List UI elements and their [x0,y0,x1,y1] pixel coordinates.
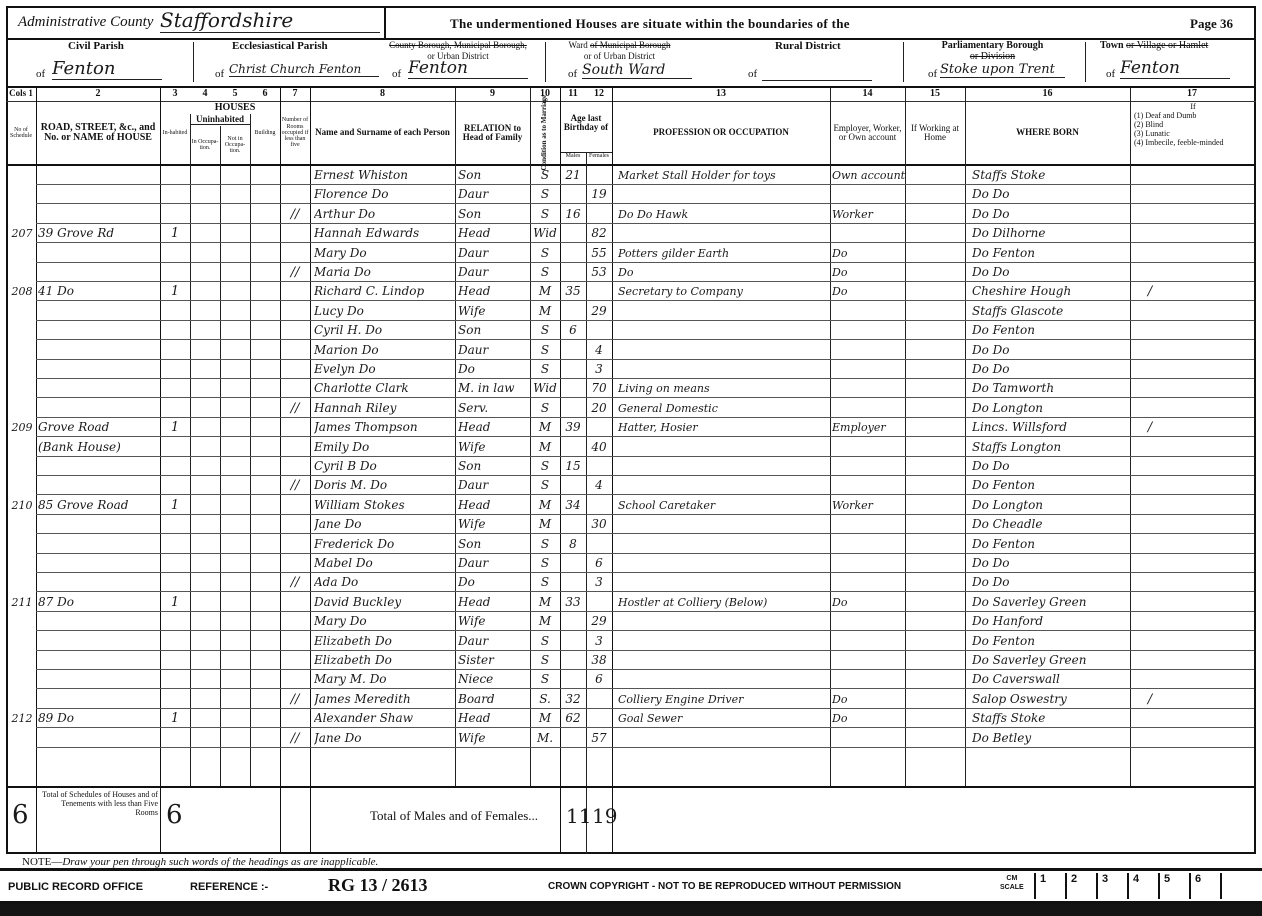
cell-female-age [586,535,612,554]
cell-condition: S [530,166,560,185]
cell-occupation [618,457,830,476]
cell-condition: M [530,282,560,301]
cell-female-age [586,496,612,515]
cell-inhabited [160,612,190,631]
cell-occupation [618,651,830,670]
footer-reference-label: REFERENCE :- [190,881,268,893]
cell-condition: S [530,476,560,495]
cell-male-age [560,341,586,360]
cell-inhabited [160,185,190,204]
cell-employment: Do [832,690,905,709]
cell-female-age: 29 [586,302,612,321]
col-heading-males: Males [560,152,586,159]
cell-inhabited: 1 [160,282,190,301]
cell-condition: M [530,496,560,515]
cell-occupation [618,185,830,204]
cell-address [38,360,158,379]
cell-birthplace: Do Do [972,185,1130,204]
cell-rooms [280,321,310,340]
cell-infirmity [1130,515,1170,534]
cell-birthplace: Do Fenton [972,321,1130,340]
cell-schedule [8,205,36,224]
col-line [830,88,831,786]
cell-rooms [280,632,310,651]
ward-label: Ward of Municipal Borough or of Urban Di… [552,40,687,62]
cell-address [38,535,158,554]
col-line [965,88,966,786]
ecclesiastical-parish-value: Christ Church Fenton [229,62,379,77]
cell-address [38,729,158,748]
cell-male-age [560,573,586,592]
cell-inhabited: 1 [160,418,190,437]
cell-name: Evelyn Do [314,360,454,379]
cell-infirmity [1130,379,1170,398]
cell-name: Florence Do [314,185,454,204]
scale-cm-5: 5 [1158,873,1182,899]
cell-occupation [618,476,830,495]
cell-female-age: 20 [586,399,612,418]
col-heading-females: Females [586,152,612,159]
cell-employment: Own account [832,166,905,185]
cell-infirmity [1130,651,1170,670]
cell-employment [832,651,905,670]
col-heading-infirmity: If (1) Deaf and Dumb (2) Blind (3) Lunat… [1134,102,1252,147]
col-heading-employment: Employer, Worker, or Own account [830,104,905,162]
cell-name: Emily Do [314,438,454,457]
cell-address [38,263,158,282]
cell-schedule [8,379,36,398]
cell-occupation [618,554,830,573]
cell-schedule: 208 [8,282,36,301]
cell-infirmity [1130,457,1170,476]
cell-employment [832,632,905,651]
cell-address [38,205,158,224]
cell-condition: M [530,418,560,437]
cell-employment [832,573,905,592]
cell-infirmity [1130,205,1170,224]
ecclesiastical-parish-label: Ecclesiastical Parish [232,40,328,52]
total-males-females-label: Total of Males and of Females... [370,808,538,824]
col-number: 3 [160,88,190,102]
cell-birthplace: Do Fenton [972,535,1130,554]
cell-birthplace: Do Betley [972,729,1130,748]
cell-relation: Niece [458,670,530,689]
cell-name: Elizabeth Do [314,651,454,670]
col-heading-building: Building [250,104,280,162]
cell-relation: Board [458,690,530,709]
cell-inhabited [160,535,190,554]
cell-inhabited [160,651,190,670]
cell-infirmity [1130,593,1170,612]
cell-name: Alexander Shaw [314,709,454,728]
cell-address [38,166,158,185]
cell-name: William Stokes [314,496,454,515]
cell-infirmity [1130,244,1170,263]
cell-female-age: 19 [586,185,612,204]
cell-condition: Wid [530,224,560,243]
urban-district-value: Fenton [408,58,528,79]
town-prefix: of [1106,68,1115,80]
cell-rooms: // [280,476,310,495]
cell-schedule [8,166,36,185]
cell-employment [832,554,905,573]
cell-name: Charlotte Clark [314,379,454,398]
cell-employment: Worker [832,496,905,515]
cell-male-age [560,729,586,748]
cell-rooms [280,379,310,398]
cell-occupation [618,612,830,631]
cell-infirmity [1130,263,1170,282]
cell-male-age: 21 [560,166,586,185]
cell-rooms: // [280,573,310,592]
cell-relation: Wife [458,515,530,534]
cell-schedule [8,690,36,709]
scan-edge [0,904,1262,916]
cell-occupation [618,360,830,379]
col-heading-where-born: WHERE BORN [965,104,1130,162]
cell-condition: S [530,632,560,651]
cell-infirmity [1130,224,1170,243]
cell-occupation: Colliery Engine Driver [618,690,830,709]
cell-occupation: Secretary to Company [618,282,830,301]
cell-male-age: 35 [560,282,586,301]
col-number: 15 [905,88,965,102]
cell-condition: S [530,535,560,554]
cell-inhabited [160,399,190,418]
cell-female-age: 6 [586,554,612,573]
cell-infirmity [1130,554,1170,573]
cell-infirmity [1130,476,1170,495]
col-number: 11 [560,88,586,102]
cell-male-age [560,476,586,495]
col-heading-condition: Condition as to Marriage [530,104,560,162]
cell-female-age: 82 [586,224,612,243]
cell-name: James Thompson [314,418,454,437]
cell-employment: Employer [832,418,905,437]
cell-infirmity: / [1130,690,1170,709]
cell-male-age [560,379,586,398]
divider [6,786,1256,788]
cell-schedule [8,302,36,321]
cell-inhabited [160,476,190,495]
cell-condition: M [530,438,560,457]
cell-male-age [560,360,586,379]
col-heading-working-home: If Working at Home [905,104,965,162]
cell-relation: Head [458,496,530,515]
cell-female-age: 3 [586,360,612,379]
ecclesiastical-parish-prefix: of [215,68,224,80]
total-males: 11 [566,804,591,828]
cell-address: Grove Road [38,418,158,437]
cell-schedule [8,185,36,204]
cell-rooms [280,496,310,515]
cell-male-age: 8 [560,535,586,554]
cell-female-age [586,690,612,709]
cell-address [38,244,158,263]
cell-address [38,651,158,670]
cell-address [38,573,158,592]
cell-birthplace: Do Longton [972,496,1130,515]
cell-condition: S [530,399,560,418]
cell-rooms: // [280,263,310,282]
cell-birthplace: Do Tamworth [972,379,1130,398]
cell-male-age [560,670,586,689]
cell-condition: S [530,205,560,224]
cell-infirmity [1130,535,1170,554]
cell-address [38,476,158,495]
cell-occupation [618,224,830,243]
cell-condition: S [530,573,560,592]
cell-schedule [8,399,36,418]
cell-condition: S [530,244,560,263]
cell-schedule [8,263,36,282]
cell-birthplace: Staffs Stoke [972,166,1130,185]
footer-copyright: CROWN COPYRIGHT - NOT TO BE REPRODUCED W… [548,881,901,892]
cell-name: Cyril B Do [314,457,454,476]
cell-relation: Daur [458,263,530,282]
cell-employment [832,379,905,398]
cell-birthplace: Do Cheadle [972,515,1130,534]
cell-male-age [560,632,586,651]
col-number: 5 [220,88,250,102]
ward-prefix: of [568,68,577,80]
cell-inhabited [160,360,190,379]
scale-cm-3: 3 [1096,873,1120,899]
cell-rooms [280,554,310,573]
cell-name: Mary M. Do [314,670,454,689]
cell-infirmity [1130,399,1170,418]
cell-condition: M [530,515,560,534]
col-heading-inhabited: In-habited [160,104,190,162]
col-heading-relation: RELATION to Head of Family [455,104,530,162]
cell-name: Maria Do [314,263,454,282]
cell-occupation: Do [618,263,830,282]
cell-occupation: Living on means [618,379,830,398]
cell-infirmity [1130,729,1170,748]
cell-occupation [618,632,830,651]
cell-address: (Bank House) [38,438,158,457]
cell-infirmity [1130,166,1170,185]
cell-employment: Do [832,263,905,282]
cell-schedule [8,360,36,379]
scale-cm-1: 1 [1034,873,1058,899]
cell-name: Frederick Do [314,535,454,554]
cell-address [38,302,158,321]
cell-infirmity [1130,496,1170,515]
cell-condition: M [530,302,560,321]
cell-employment [832,457,905,476]
cell-male-age [560,224,586,243]
cell-birthplace: Staffs Longton [972,438,1130,457]
cell-schedule [8,573,36,592]
cell-male-age [560,651,586,670]
scale-cm-2: 2 [1065,873,1089,899]
cell-name: David Buckley [314,593,454,612]
cell-inhabited [160,457,190,476]
scale-cm-end [1220,873,1256,899]
cell-employment [832,515,905,534]
cell-relation: Daur [458,476,530,495]
cell-inhabited [160,438,190,457]
cell-employment [832,535,905,554]
cell-infirmity: / [1130,282,1170,301]
cell-birthplace: Lincs. Willsford [972,418,1130,437]
cell-employment [832,341,905,360]
cell-address [38,185,158,204]
divider [903,42,904,82]
cell-schedule [8,321,36,340]
cell-employment: Do [832,282,905,301]
cell-rooms [280,244,310,263]
col-line [455,88,456,786]
cell-address [38,341,158,360]
cell-occupation [618,729,830,748]
urban-district-prefix: of [392,68,401,80]
heading-note: NOTE—Draw your pen through such words of… [22,856,378,868]
cell-inhabited [160,166,190,185]
cell-address: 85 Grove Road [38,496,158,515]
cell-schedule [8,670,36,689]
total-inhabited: 6 [166,800,183,830]
cell-occupation [618,321,830,340]
cell-employment [832,321,905,340]
cell-employment: Do [832,593,905,612]
cell-name: James Meredith [314,690,454,709]
cell-rooms [280,593,310,612]
rural-district-value [762,80,872,81]
cell-female-age: 3 [586,573,612,592]
cell-birthplace: Do Fenton [972,632,1130,651]
header-statement: The undermentioned Houses are situate wi… [450,16,850,32]
cell-rooms [280,709,310,728]
cell-condition: S [530,321,560,340]
cell-name: Jane Do [314,515,454,534]
cell-birthplace: Do Dilhorne [972,224,1130,243]
cell-male-age: 39 [560,418,586,437]
cell-name: Elizabeth Do [314,632,454,651]
cell-birthplace: Do Saverley Green [972,651,1130,670]
cell-infirmity [1130,185,1170,204]
cell-rooms [280,360,310,379]
cell-schedule [8,476,36,495]
cell-birthplace: Cheshire Hough [972,282,1130,301]
cell-address [38,554,158,573]
cell-address: 87 Do [38,593,158,612]
cell-relation: Son [458,166,530,185]
cell-female-age: 4 [586,476,612,495]
cell-name: Ada Do [314,573,454,592]
col-heading-uninhabited: Uninhabited [190,114,250,125]
cell-name: Mary Do [314,612,454,631]
cell-inhabited [160,321,190,340]
cell-infirmity [1130,341,1170,360]
cell-rooms [280,457,310,476]
cell-rooms [280,166,310,185]
cell-birthplace: Staffs Glascote [972,302,1130,321]
col-line [250,114,251,786]
col-heading-occupation: PROFESSION OR OCCUPATION [612,104,830,162]
cell-condition: S [530,670,560,689]
cell-female-age: 53 [586,263,612,282]
cell-condition: M [530,612,560,631]
cell-name: Cyril H. Do [314,321,454,340]
total-schedules: 6 [12,800,29,830]
cell-male-age: 32 [560,690,586,709]
col-number: Cols 1 [6,88,36,102]
cell-condition: S [530,341,560,360]
cell-condition: S [530,554,560,573]
cell-male-age [560,399,586,418]
cell-rooms [280,185,310,204]
divider [384,6,386,38]
cell-rooms [280,612,310,631]
cell-address [38,612,158,631]
cell-schedule [8,729,36,748]
cell-occupation: Potters gilder Earth [618,244,830,263]
col-heading-age: Age last Birthday of [560,104,612,146]
cell-relation: Wife [458,438,530,457]
cell-occupation: Market Stall Holder for toys [618,166,830,185]
cell-rooms [280,535,310,554]
cell-employment: Do [832,244,905,263]
cell-rooms [280,438,310,457]
cell-relation: Wife [458,729,530,748]
cell-schedule [8,632,36,651]
cell-female-age [586,709,612,728]
cell-relation: Wife [458,612,530,631]
cell-relation: Wife [458,302,530,321]
cell-address: 39 Grove Rd [38,224,158,243]
cell-name: Hannah Edwards [314,224,454,243]
cell-female-age: 6 [586,670,612,689]
cell-name: Lucy Do [314,302,454,321]
cell-rooms [280,515,310,534]
col-heading-rooms: Number of Rooms occupied if less than fi… [280,104,310,162]
cell-schedule: 211 [8,593,36,612]
cell-occupation [618,573,830,592]
cell-infirmity [1130,612,1170,631]
cell-schedule [8,515,36,534]
cell-relation: Daur [458,632,530,651]
cell-schedule [8,651,36,670]
cell-female-age [586,457,612,476]
cell-female-age: 57 [586,729,612,748]
cell-address [38,690,158,709]
col-number: 17 [1130,88,1254,102]
cell-male-age: 62 [560,709,586,728]
admin-county-label: Administrative County [18,14,153,40]
civil-parish-prefix: of [36,68,45,80]
cell-inhabited [160,690,190,709]
admin-county-value: Staffordshire [160,8,380,33]
cell-name: Marion Do [314,341,454,360]
col-number: 2 [36,88,160,102]
cell-employment [832,399,905,418]
cell-employment [832,670,905,689]
cell-female-age: 40 [586,438,612,457]
cell-condition: S [530,360,560,379]
cell-birthplace: Do Caverswall [972,670,1130,689]
cell-female-age: 38 [586,651,612,670]
cell-relation: Head [458,282,530,301]
cell-occupation: Hostler at Colliery (Below) [618,593,830,612]
cell-inhabited [160,205,190,224]
cell-male-age [560,438,586,457]
cell-infirmity [1130,573,1170,592]
col-number: 13 [612,88,830,102]
cell-condition: M [530,593,560,612]
cell-female-age: 3 [586,632,612,651]
